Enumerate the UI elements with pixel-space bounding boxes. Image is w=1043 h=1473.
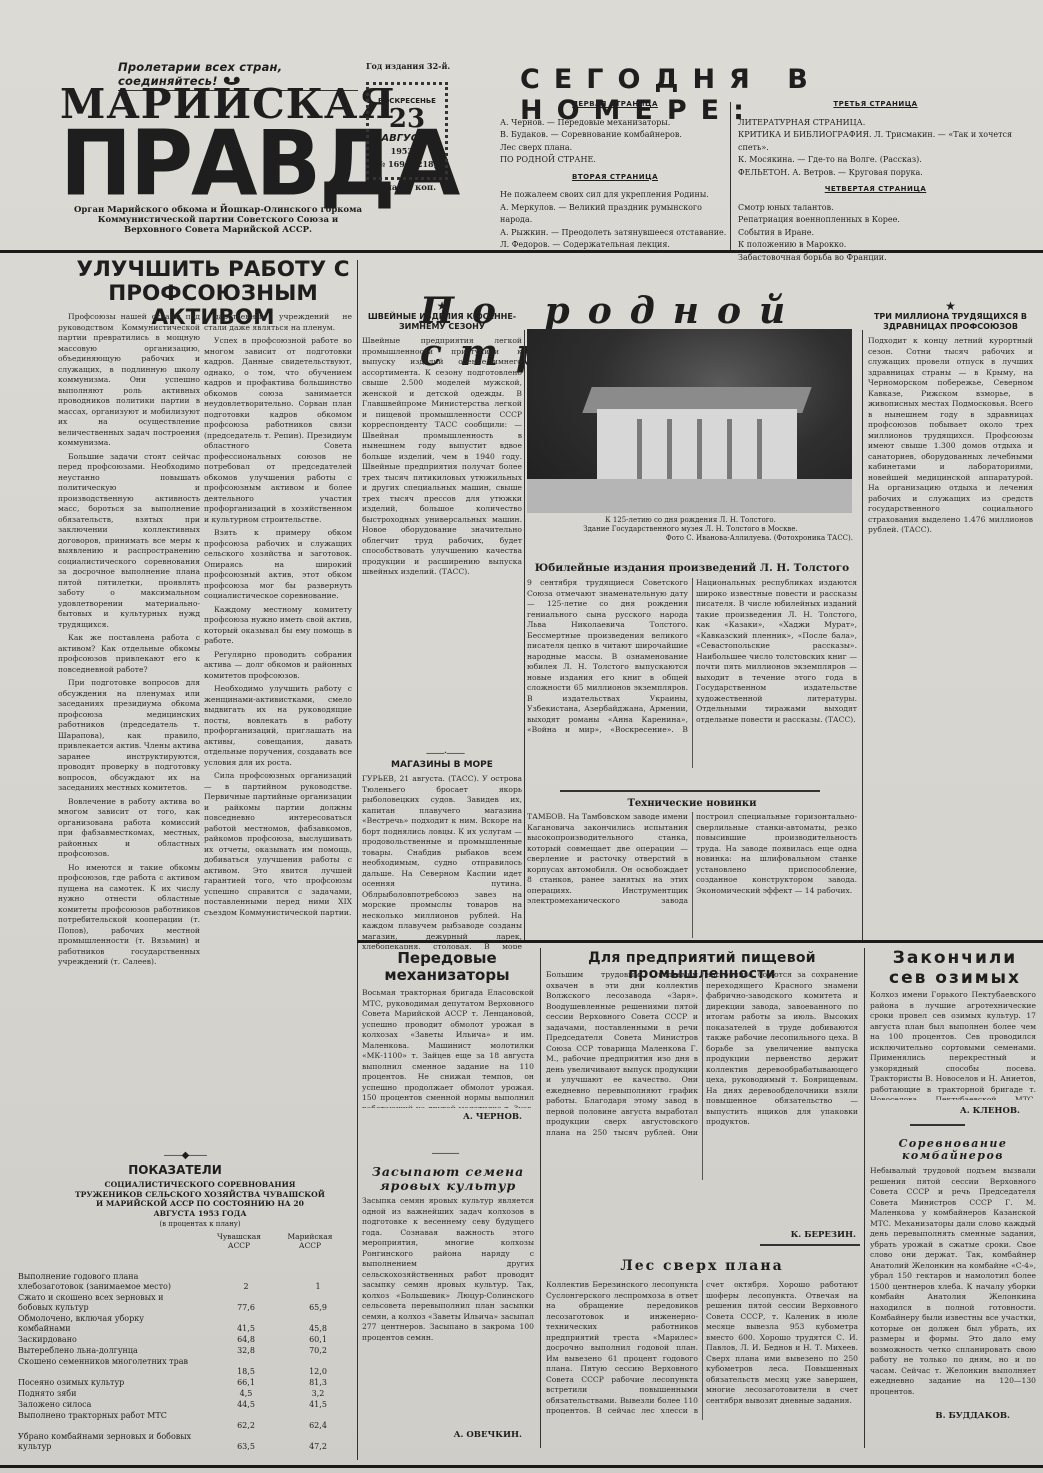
article-text: ГУРЬЕВ, 21 августа. (ТАСС). У острова Тю…	[362, 774, 522, 949]
editorial-col-2: дарственных учреждений не стали даже явл…	[204, 312, 352, 1142]
paragraph: Но имеются и такие обкомы профсоюзов, гд…	[58, 863, 200, 968]
value-mari: 45,8	[298, 1324, 338, 1333]
value-mari: 65,9	[298, 1303, 338, 1312]
sorevnovanie-headline: Соревнование комбайнеров	[870, 1138, 1036, 1162]
contents-item[interactable]: А. Меркулов. — Великий праздник румынско…	[500, 202, 730, 227]
article-zdravnitsy: ★ ТРИ МИЛЛИОНА ТРУДЯЩИХСЯ В ЗДРАВНИЦАХ П…	[868, 300, 1033, 916]
value-mari: 47,2	[298, 1442, 338, 1451]
value-chuvash: 64,8	[226, 1335, 266, 1344]
masthead-organ: Орган Марийского обкома и Йошкар-Олинско…	[68, 205, 368, 235]
value-chuvash: 63,5	[226, 1442, 266, 1451]
contents-item[interactable]: КРИТИКА И БИБЛИОГРАФИЯ. Л. Трисмакин. — …	[738, 129, 1013, 154]
indicators-subtitle: СОЦИАЛИСТИЧЕСКОГО СОРЕВНОВАНИЯ ТРУЖЕНИКО…	[75, 1180, 325, 1218]
newspaper-page: Пролетарии всех стран, соединяйтесь! МАР…	[0, 0, 1043, 1473]
food-industry-signature: К. БЕРЕЗИН.	[706, 1230, 856, 1240]
paragraph: Как же поставлена работа с активом? Как …	[58, 633, 200, 675]
price: Цена 20 коп.	[372, 183, 436, 193]
paragraph: Каждому местному комитету профсоюза нужн…	[204, 605, 352, 647]
article-headline: ШВЕЙНЫЕ ИЗДЕЛИЯ К ОСЕННЕ-ЗИМНЕМУ СЕЗОНУ	[362, 312, 522, 332]
paragraph: При подготовке вопросов для обсуждения н…	[58, 678, 200, 794]
value-mari: 62,4	[298, 1421, 338, 1430]
contents-item[interactable]: Репатриация военнопленных в Корее.	[738, 214, 1013, 227]
column-divider	[540, 948, 541, 1448]
paragraph: Сила профсоюзных организаций — в партийн…	[204, 771, 352, 918]
value-chuvash: 62,2	[226, 1421, 266, 1430]
row-label: Заскирдовано	[18, 1335, 198, 1345]
contents-item[interactable]: К. Мосякина. — Где-то на Волге. (Рассказ…	[738, 154, 1013, 167]
value-mari: 60,1	[298, 1335, 338, 1344]
star-icon: ★	[362, 300, 522, 312]
ornament-divider: ——◆——	[140, 1150, 230, 1161]
year: 1953 г.	[369, 146, 445, 156]
tolstoy-headline: Юбилейные издания произведений Л. Н. Тол…	[527, 562, 857, 574]
tech-text: ТАМБОВ. На Тамбовском заводе имени Каган…	[527, 812, 857, 938]
sorevnovanie-text: Небывалый трудовой подъем вызвали решени…	[870, 1166, 1036, 1416]
rule	[910, 1124, 965, 1126]
row-label: Посеяно озимых культур	[18, 1378, 198, 1388]
article-shveynye: ★ ШВЕЙНЫЕ ИЗДЕЛИЯ К ОСЕННЕ-ЗИМНЕМУ СЕЗОН…	[362, 300, 522, 746]
rule	[560, 790, 820, 792]
paragraph: Взять к примеру обком профсоюза рабочих …	[204, 528, 352, 602]
indicators-table: Чувашская АССР Марийская АССР Выполнение…	[0, 1230, 350, 1450]
paragraph: дарственных учреждений не стали даже явл…	[204, 312, 352, 333]
masthead-rule	[0, 250, 1043, 253]
row-label: Выполнено тракторных работ МТС	[18, 1411, 198, 1421]
contents-left: ПЕРВАЯ СТРАНИЦА А. Чернов. — Передовые м…	[500, 96, 730, 252]
row-label: Заложено силоса	[18, 1400, 198, 1410]
value-chuvash: 77,6	[226, 1303, 266, 1312]
paragraph: Успех в профсоюзной работе во многом зав…	[204, 336, 352, 525]
rule	[760, 1244, 860, 1246]
value-mari: 81,3	[298, 1378, 338, 1387]
paragraph: Вовлечение в работу актива во многом зав…	[58, 797, 200, 860]
day: 23	[369, 105, 445, 133]
contents-page-heading: ЧЕТВЕРТАЯ СТРАНИЦА	[738, 183, 1013, 196]
editorial-col-1: Профсоюзы нашей страны под руководством …	[58, 312, 200, 1142]
article-headline: ТРИ МИЛЛИОНА ТРУДЯЩИХСЯ В ЗДРАВНИЦАХ ПРО…	[868, 312, 1033, 332]
zasypayut-text: Засыпка семян яровых культур является од…	[362, 1196, 534, 1424]
zasypayut-headline: Засыпают семена яровых культур	[362, 1165, 534, 1193]
contents-item[interactable]: Смотр юных талантов.	[738, 202, 1013, 215]
les-text: Коллектив Березинского лесопункта Суслон…	[546, 1280, 858, 1420]
zakonchili-signature: А. КЛЕНОВ.	[870, 1106, 1020, 1116]
month: АВГУСТА	[369, 133, 445, 144]
article-magaziny: МАГАЗИНЫ В МОРЕ ГУРЬЕВ, 21 августа. (ТАС…	[362, 760, 522, 949]
article-text: Подходит к концу летний курортный сезон.…	[868, 336, 1033, 916]
contents-item[interactable]: Лес сверх плана.	[500, 142, 730, 155]
contents-item[interactable]: Забастовочная борьба во Франции.	[738, 252, 1013, 265]
contents-right: ТРЕТЬЯ СТРАНИЦА ЛИТЕРАТУРНАЯ СТРАНИЦА. К…	[738, 96, 1013, 264]
value-chuvash: 4,5	[226, 1389, 266, 1398]
contents-item[interactable]: События в Иране.	[738, 227, 1013, 240]
contents-item[interactable]: В. Будаков. — Соревнование комбайнеров.	[500, 129, 730, 142]
column-divider	[357, 260, 358, 1460]
peredovye-text: Восьмая тракторная бригада Еласовской МТ…	[362, 988, 534, 1108]
value-chuvash: 18,5	[226, 1367, 266, 1376]
value-chuvash: 2	[226, 1282, 266, 1291]
column-header: Марийская АССР	[282, 1232, 338, 1250]
date-box: ВОСКРЕСЕНЬЕ 23 АВГУСТА 1953 г. № 169 (72…	[366, 82, 448, 180]
zakonchili-text: Колхоз имени Горького Пектубаевского рай…	[870, 990, 1036, 1100]
value-mari: 70,2	[298, 1346, 338, 1355]
zakonchili-headline: Закончили сев озимых	[870, 948, 1040, 988]
paragraph: Большие задачи стоят сейчас перед профсо…	[58, 452, 200, 631]
bottom-rule	[0, 1465, 1043, 1468]
contents-item[interactable]: ПО РОДНОЙ СТРАНЕ.	[500, 154, 730, 167]
paragraph: Регулярно проводить собрания актива — до…	[204, 650, 352, 682]
contents-divider	[730, 102, 731, 252]
row-label: Обмолочено, включая уборку комбайнами	[18, 1314, 198, 1334]
value-chuvash: 41,5	[226, 1324, 266, 1333]
row-label: Сжато и скошено всех зерновых и бобовых …	[18, 1293, 198, 1313]
caption-line: Здание Государственного музея Л. Н. Толс…	[528, 525, 853, 534]
value-mari: 1	[298, 1282, 338, 1291]
value-chuvash: 44,5	[226, 1400, 266, 1409]
column-divider	[862, 330, 863, 940]
indicators-unit: (в процентах к плану)	[75, 1220, 325, 1228]
row-label: Вытереблено льна-долгунца	[18, 1346, 198, 1356]
peredovye-headline: Передовые механизаторы	[362, 950, 532, 984]
caption-line: К 125-летию со дня рождения Л. Н. Толсто…	[528, 516, 853, 525]
sorevnovanie-signature: В. БУДДАКОВ.	[870, 1411, 1010, 1421]
paragraph: Необходимо улучшить работу с женщинами-а…	[204, 684, 352, 768]
row-label: Скошено семенников многолетних трав	[18, 1357, 198, 1367]
photo-tolstoy-museum	[527, 329, 852, 513]
paragraph: Профсоюзы нашей страны под руководством …	[58, 312, 200, 449]
row-label: Убрано комбайнами зерновых и бобовых кул…	[18, 1432, 198, 1452]
masthead-title-bottom: ПРАВДА	[60, 122, 360, 206]
value-mari: 12,0	[298, 1367, 338, 1376]
column-divider	[864, 948, 865, 1448]
article-headline: МАГАЗИНЫ В МОРЕ	[362, 760, 522, 770]
star-icon: ★	[868, 300, 1033, 312]
contents-item[interactable]: ФЕЛЬЕТОН. А. Ветров. — Круговая порука.	[738, 167, 1013, 180]
article-text: Швейные предприятия легкой промышленност…	[362, 336, 522, 746]
ornament-divider: ———	[410, 1148, 480, 1159]
issue-number: № 169 (7218)	[369, 159, 445, 169]
contents-page-heading: ТРЕТЬЯ СТРАНИЦА	[738, 98, 1013, 111]
zasypayut-signature: А. ОВЕЧКИН.	[362, 1430, 522, 1440]
contents-item[interactable]: А. Рыжкин. — Преодолеть затянувшееся отс…	[500, 227, 730, 240]
tech-headline: Технические новинки	[527, 798, 857, 809]
tolstoy-text: 9 сентября трудящиеся Советского Союза о…	[527, 578, 857, 768]
row-label: Поднято зяби	[18, 1389, 198, 1399]
contents-page-heading: ВТОРАЯ СТРАНИЦА	[500, 171, 730, 184]
contents-page-heading: ПЕРВАЯ СТРАНИЦА	[500, 98, 730, 111]
contents-item[interactable]: А. Чернов. — Передовые механизаторы.	[500, 117, 730, 130]
section-rule	[357, 940, 1043, 943]
column-header: Чувашская АССР	[214, 1232, 264, 1250]
contents-item[interactable]: Не пожалеем своих сил для укрепления Род…	[500, 189, 730, 202]
peredovye-signature: А. ЧЕРНОВ.	[362, 1112, 522, 1122]
value-chuvash: 66,1	[226, 1378, 266, 1387]
photo-caption: К 125-летию со дня рождения Л. Н. Толсто…	[528, 516, 853, 543]
value-mari: 3,2	[298, 1389, 338, 1398]
column-divider	[524, 330, 525, 940]
ornament-divider: ——·——	[420, 748, 470, 759]
value-mari: 41,5	[298, 1400, 338, 1409]
indicators-title: ПОКАЗАТЕЛИ	[0, 1163, 350, 1177]
les-headline: Лес сверх плана	[546, 1258, 858, 1274]
value-chuvash: 32,8	[226, 1346, 266, 1355]
food-industry-text: Большим трудовым подъемом охвачен в эти …	[546, 970, 858, 1180]
row-label: Выполнение годового плана хлебозаготовок…	[18, 1272, 198, 1292]
contents-item[interactable]: ЛИТЕРАТУРНАЯ СТРАНИЦА.	[738, 117, 1013, 130]
year-of-publication: Год издания 32-й.	[366, 61, 450, 71]
caption-line: Фото С. Иванова-Аллилуева. (Фотохроника …	[528, 534, 853, 543]
